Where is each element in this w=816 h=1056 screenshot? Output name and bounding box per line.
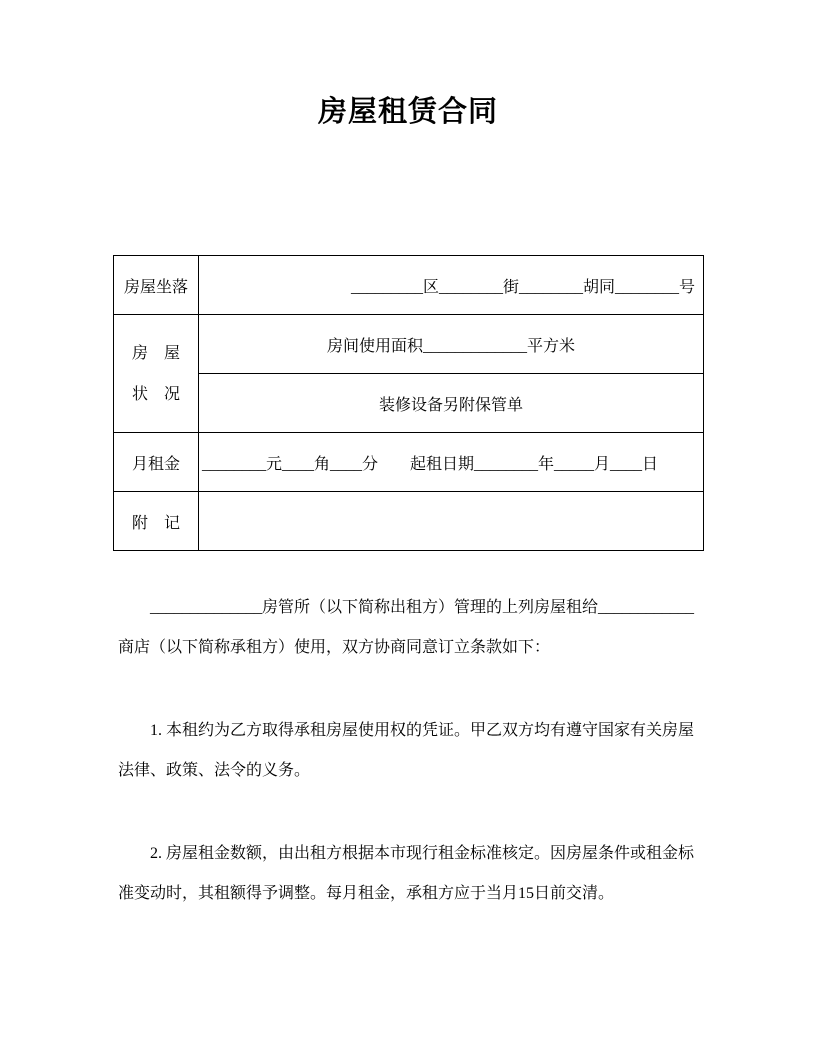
paragraph-clause-2: 2. 房屋租金数额，由出租方根据本市现行租金标准核定。因房屋条件或租金标准变动时… bbox=[118, 834, 708, 914]
table-row-notes: 附 记 bbox=[114, 492, 704, 551]
table-row-condition-area: 房 屋状 况 房间使用面积_____________平方米 bbox=[114, 315, 704, 374]
table-row-location: 房屋坐落 _________区________街________胡同______… bbox=[114, 256, 704, 315]
contract-info-table: 房屋坐落 _________区________街________胡同______… bbox=[113, 255, 704, 551]
notes-value bbox=[199, 492, 704, 551]
condition-area-value: 房间使用面积_____________平方米 bbox=[199, 315, 704, 374]
condition-equipment-value: 装修设备另附保管单 bbox=[199, 374, 704, 433]
condition-label: 房 屋状 况 bbox=[114, 315, 199, 433]
location-value-blanks: _________区________街________胡同________号 bbox=[199, 256, 704, 315]
contract-body: ______________房管所（以下简称出租方）管理的上列房屋租给_____… bbox=[118, 588, 708, 957]
table-row-condition-equipment: 装修设备另附保管单 bbox=[114, 374, 704, 433]
rent-value-blanks: ________元____角____分 起租日期________年_____月_… bbox=[199, 433, 704, 492]
table-row-rent: 月租金 ________元____角____分 起租日期________年___… bbox=[114, 433, 704, 492]
notes-label: 附 记 bbox=[114, 492, 199, 551]
document-title: 房屋租赁合同 bbox=[0, 96, 816, 128]
document-page: 房屋租赁合同 房屋坐落 _________区________街________胡… bbox=[0, 0, 816, 1056]
location-label: 房屋坐落 bbox=[114, 256, 199, 315]
paragraph-intro: ______________房管所（以下简称出租方）管理的上列房屋租给_____… bbox=[118, 588, 708, 668]
paragraph-clause-1: 1. 本租约为乙方取得承租房屋使用权的凭证。甲乙双方均有遵守国家有关房屋法律、政… bbox=[118, 711, 708, 791]
rent-label: 月租金 bbox=[114, 433, 199, 492]
